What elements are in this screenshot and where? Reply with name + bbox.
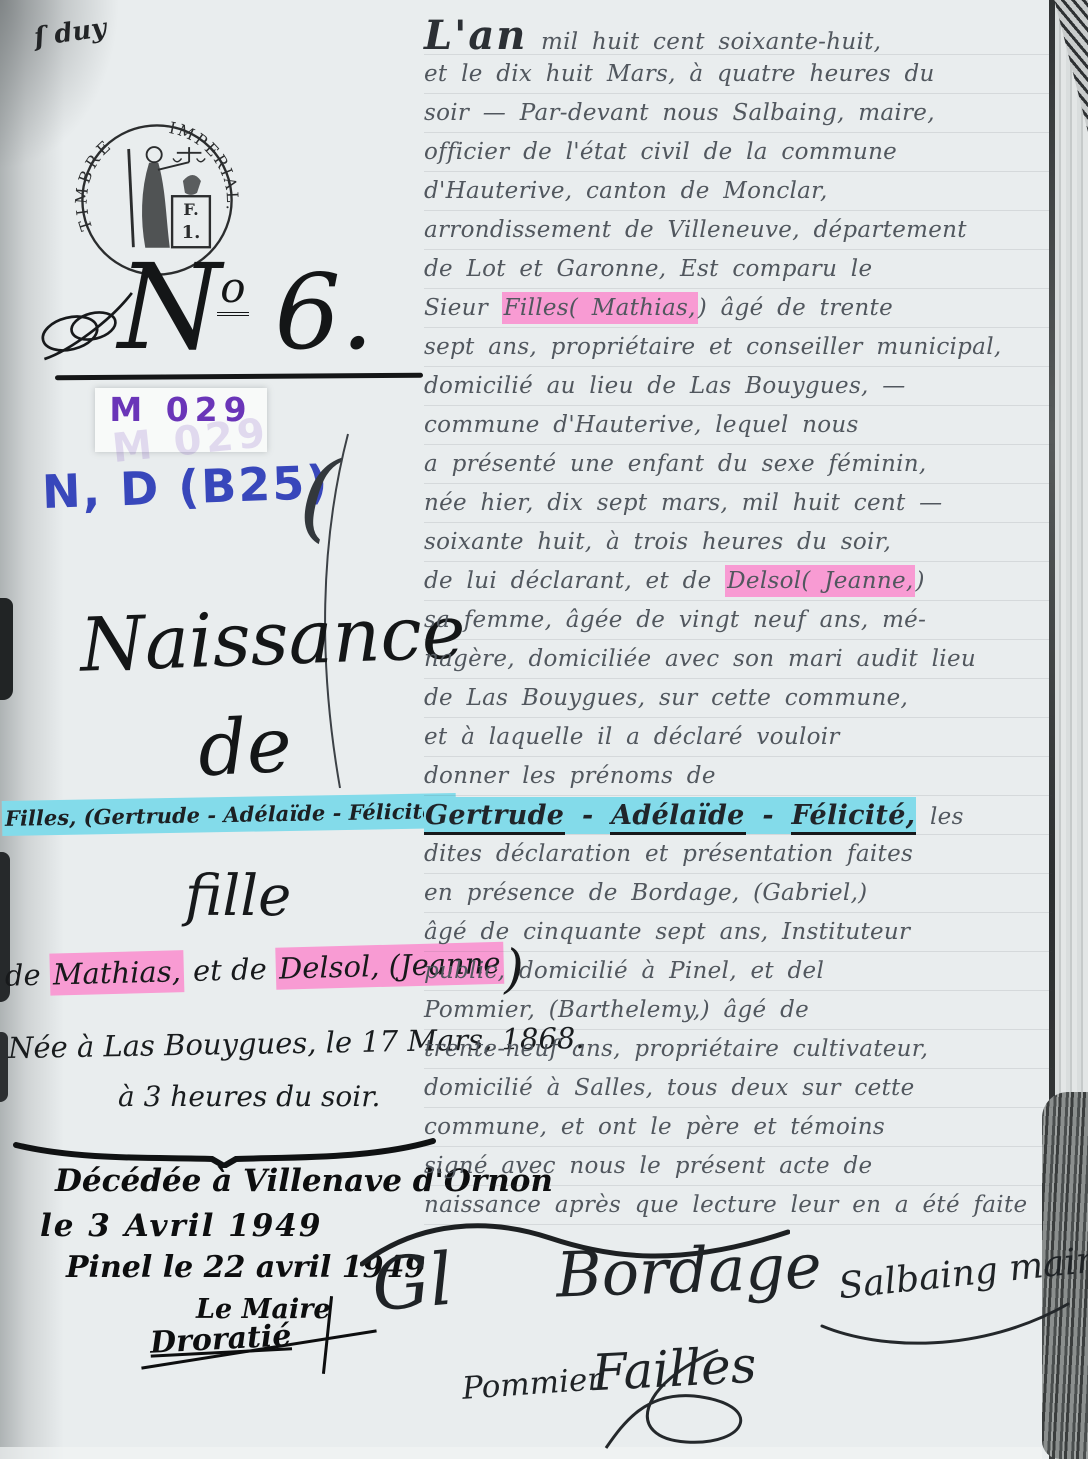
act-line: commune, et ont le père et témoins <box>424 1108 1052 1147</box>
act-number-ordinal: o <box>217 263 248 316</box>
child-names-highlighted: Filles, (Gertrude - Adélaïde - Félicité,… <box>2 798 456 831</box>
scanned-birth-certificate-page: ſ duy TIMBRE IMPERIAL. F. 1. <box>0 0 1088 1459</box>
act-line: domicilié à Salles, tous deux sur cette <box>424 1069 1052 1108</box>
act-line: Pommier, (Barthelemy,) âgé de <box>424 991 1052 1030</box>
act-line: de lui déclarant, et de Delsol( Jeanne,) <box>424 562 1052 601</box>
margin-rule <box>55 373 423 381</box>
filiation-word: fille <box>185 864 291 929</box>
act-line: née hier, dix sept mars, mil huit cent — <box>424 484 1052 523</box>
act-line: sept ans, propriétaire et conseiller mun… <box>424 328 1052 367</box>
act-line: commune d'Hauterive, lequel nous <box>424 406 1052 445</box>
margin-title-naissance: Naissance <box>79 589 467 688</box>
act-line: trente-neuf ans, propriétaire cultivateu… <box>424 1030 1052 1069</box>
act-line: soir — Par-devant nous Salbaing, maire, <box>424 94 1052 133</box>
act-line: nagère, domiciliée avec son mari audit l… <box>424 640 1052 679</box>
act-line: Sieur Filles( Mathias,) âgé de trente <box>424 289 1052 328</box>
act-line: arrondissement de Villeneuve, départemen… <box>424 211 1052 250</box>
signature-flourish-sweep <box>820 1296 1080 1358</box>
act-line: a présenté une enfant du sexe féminin, <box>424 445 1052 484</box>
signature-bordage: Bordage <box>555 1229 823 1311</box>
act-line: âgé de cinquante sept ans, Instituteur <box>424 913 1052 952</box>
act-number-value: 6. <box>275 251 374 373</box>
classification-code: N, D (B25) <box>41 455 330 519</box>
act-line: et le dix huit Mars, à quatre heures du <box>424 55 1052 94</box>
act-line: signé avec nous le présent acte de <box>424 1147 1052 1186</box>
act-line: officier de l'état civil de la commune <box>424 133 1052 172</box>
act-line: L'an mil huit cent soixante-huit, <box>424 16 1052 55</box>
act-line: domicilié au lieu de Las Bouygues, — <box>424 367 1052 406</box>
margin-title-de: de <box>196 700 294 794</box>
svg-text:TIMBRE: TIMBRE <box>72 135 117 234</box>
bottom-scan-edge <box>0 1447 1042 1459</box>
act-number-letter: N <box>118 238 217 376</box>
signature-witness-initials: Gl <box>368 1237 456 1328</box>
birth-time: à 3 heures du soir. <box>118 1080 380 1113</box>
act-line: de Lot et Garonne, Est comparu le <box>424 250 1052 289</box>
act-line: d'Hauterive, canton de Monclar, <box>424 172 1052 211</box>
signature-filles: Failles <box>591 1336 758 1403</box>
act-body: L'an mil huit cent soixante-huit,et le d… <box>424 16 1052 1225</box>
act-line: et à laquelle il a déclaré vouloir <box>424 718 1052 757</box>
stamp-denomination-top: F. <box>183 200 198 219</box>
act-line: Gertrude - Adélaïde - Félicité, les <box>424 796 1052 835</box>
signature-pommier: Pommier <box>461 1361 603 1407</box>
act-line: donner les prénoms de <box>424 757 1052 796</box>
act-line: sa femme, âgée de vingt neuf ans, mé- <box>424 601 1052 640</box>
act-line: en présence de Bordage, (Gabriel,) <box>424 874 1052 913</box>
act-line: dites déclaration et présentation faites <box>424 835 1052 874</box>
father-name-highlighted: Mathias, <box>49 950 184 995</box>
ink-smudge <box>0 598 13 700</box>
act-line: public, domicilié à Pinel, et del <box>424 952 1052 991</box>
parents-mid: et de <box>183 952 276 988</box>
child-names-text: Filles, (Gertrude - Adélaïde - Félicité,… <box>2 793 456 836</box>
parents-prefix: de <box>4 958 50 993</box>
ink-smudge <box>0 1032 8 1102</box>
stamp-left-text: TIMBRE <box>72 135 117 234</box>
act-line: soixante huit, à trois heures du soir, <box>424 523 1052 562</box>
act-number: No6. <box>118 238 374 376</box>
act-line: de Las Bouygues, sur cette commune, <box>424 679 1052 718</box>
death-note-date: le 3 Avril 1949 <box>40 1208 322 1244</box>
